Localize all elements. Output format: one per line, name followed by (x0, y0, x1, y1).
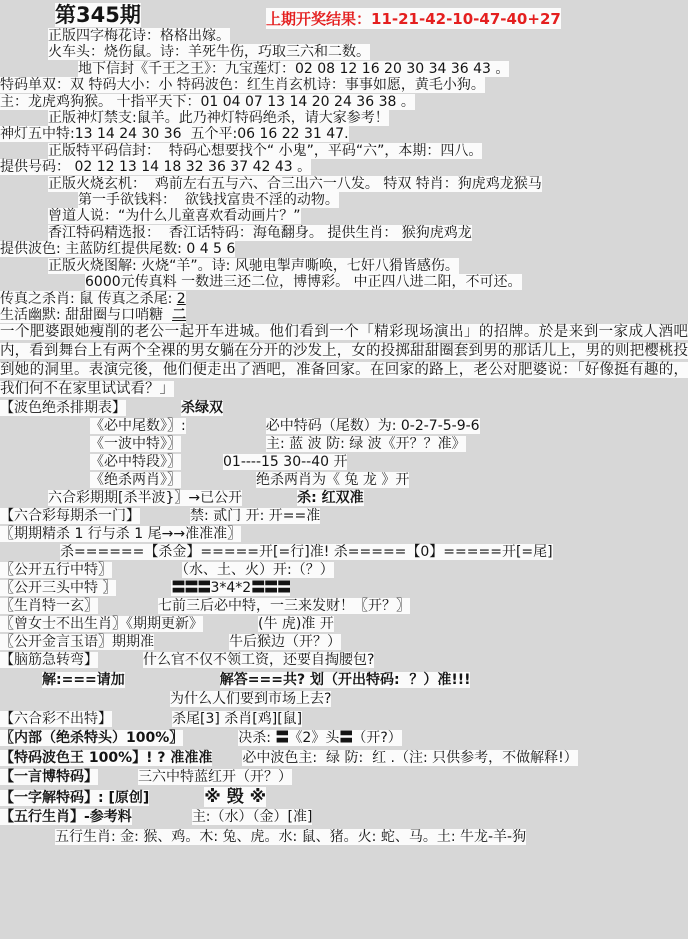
text-segment: 七前三后必中特，一三来发财！〖开？〗 (158, 598, 410, 614)
text-line: 〖生肖特一玄〗七前三后必中特，一三来发财！〖开？〗 (0, 597, 688, 615)
text-segment: 〖公开金言玉语〗期期准 (0, 634, 154, 650)
text-line: 正版四字梅花诗：格格出嫁。 (0, 28, 688, 44)
text-segment: 杀绿双 (181, 400, 223, 416)
text-line: 第一手欲钱料： 欲钱找富贵不淫的动物。 (0, 192, 688, 208)
text-segment: 提供号码： 02 12 13 14 18 32 36 37 42 43 。 (0, 159, 311, 175)
text-line: 〖期期精杀 1 行与杀 1 尾→→准准准〗 (0, 525, 688, 543)
text-segment: 杀======【杀金】=====开[=行]准! 杀=====【0】=====开[… (60, 544, 553, 560)
text-segment: 正版特平码信封： 特码心想要找个“ 小鬼”，平码“六”，本期：四八。 (48, 143, 482, 159)
text-segment: 主:（水）（金）[准] (192, 809, 313, 825)
last-draw-result: 上期开奖结果：11-21-42-10-47-40+27 (266, 8, 561, 29)
text-line: 五行生肖: 金: 猴、鸡。木: 兔、虎。水: 鼠、猪。火: 蛇、马。土: 牛龙-… (0, 828, 688, 848)
text-segment: 提供波色: 主蓝防红提供尾数: 0 4 5 6 (0, 241, 235, 257)
text-line: 提供号码： 02 12 13 14 18 32 36 37 42 43 。 (0, 159, 688, 175)
text-segment: 〓〓〓 (171, 580, 210, 596)
text-segment: 正版四字梅花诗：格格出嫁。 (48, 28, 230, 44)
text-segment: 杀尾[3] 杀肖[鸡][鼠] (172, 711, 302, 727)
text-segment: 传真之杀肖: 鼠 传真之杀尾: (0, 291, 177, 307)
text-line: 一个肥婆跟她瘦削的老公一起开车进城。他们看到一个「精彩现场演出」的招牌。於是来到… (0, 323, 688, 399)
text-segment: 〖公开五行中特〗 (0, 562, 112, 578)
text-segment: 【六合彩不出特】 (0, 711, 112, 727)
text-segment: 生活幽默: 甜甜圈与口哨糖 (0, 307, 172, 323)
text-line: 《一波中特》〗主: 蓝 波 防: 绿 波《开？？准》 (0, 435, 688, 453)
text-segment: 第345期 (55, 3, 141, 27)
text-segment: 〖内部（绝杀特头）100%〗 (0, 730, 183, 746)
text-segment: 解:===请加 (42, 672, 125, 688)
document-lines: 第345期正版四字梅花诗：格格出嫁。火车头：烧伤鼠。诗：羊死牛伤，巧取三六和二数… (0, 3, 688, 847)
text-segment: 〖生肖特一玄〗 (0, 598, 98, 614)
text-line: 传真之杀肖: 鼠 传真之杀尾: 2 (0, 291, 688, 307)
text-line: 〖公开三头中特 〗〓〓〓3*4*2〓〓〓 (0, 579, 688, 597)
text-line: 〖公开金言玉语〗期期准牛后猴边（开？） (0, 633, 688, 651)
text-line: 生活幽默: 甜甜圈与口哨糖 二 (0, 307, 688, 323)
text-line: 《必中尾数》〗:必中特码（尾数）为: 0-2-7-5-9-6 (0, 417, 688, 435)
text-segment: 香江特码精选报： 香江话特码：海龟翻身。 提供生肖： 猴狗虎鸡龙 (48, 225, 472, 241)
text-segment: 〓〓〓 (251, 580, 290, 596)
text-segment: 【脑筋急转弯】 (0, 652, 98, 668)
text-segment: 牛后猴边（开？） (229, 634, 341, 650)
text-segment: 【一言博特码】 (0, 769, 98, 785)
text-segment: 六合彩期期[杀半波}〗→已公开 (48, 490, 242, 506)
text-line: 主：龙虎鸡狗猴。 十指平天下：01 04 07 13 14 20 24 36 3… (0, 94, 688, 110)
text-segment: 《绝杀两肖》〗 (90, 472, 181, 488)
text-segment: 正版火烧图解: 火烧“羊”。诗: 风驰电掣声嘶唤，七奸八猾皆感伤。 (48, 258, 459, 274)
text-line: 香江特码精选报： 香江话特码：海龟翻身。 提供生肖： 猴狗虎鸡龙 (0, 225, 688, 241)
text-segment: 神灯五中特:13 14 24 30 36 五个平:06 16 22 31 47. (0, 126, 349, 142)
text-segment: 三六中特蓝红开（开？） (138, 769, 292, 785)
text-segment: 五行生肖: 金: 猴、鸡。木: 兔、虎。水: 鼠、猪。火: 蛇、马。土: 牛龙-… (55, 829, 526, 845)
text-segment: 正版火烧玄机： 鸡前左右五与六、合三出六一八发。 特双 特肖：狗虎鸡龙猴马 (48, 176, 542, 192)
text-segment: 二 (172, 307, 186, 323)
text-segment: 特码单双：双 特码大小：小 特码波色：红生肖玄机诗：事事如愿，黄毛小狗。 (0, 77, 485, 93)
text-line: 【一字解特码】: [原创]※ 毁 ※ (0, 788, 688, 809)
text-segment: （水、土、火）开:（？） (182, 562, 334, 578)
text-segment: 《2》头 (288, 730, 339, 746)
text-line: 〖曾女士不出生肖〗《期期更新》(牛 虎)准 开 (0, 615, 688, 633)
text-line: 正版特平码信封： 特码心想要找个“ 小鬼”，平码“六”，本期：四八。 (0, 143, 688, 159)
text-line: 杀======【杀金】=====开[=行]准! 杀=====【0】=====开[… (0, 543, 688, 561)
text-segment: 火车头：烧伤鼠。诗：羊死牛伤，巧取三六和二数。 (48, 44, 370, 60)
text-segment: 【五行生肖】-参考料 (0, 809, 132, 825)
text-segment: 绝杀两肖为《 兔 龙 》开 (256, 472, 409, 488)
text-segment: 什么官不仅不领工资，还要自掏腰包? (143, 652, 374, 668)
text-line: 正版火烧玄机： 鸡前左右五与六、合三出六一八发。 特双 特肖：狗虎鸡龙猴马 (0, 176, 688, 192)
text-segment: 3*4*2 (210, 580, 251, 596)
text-line: 六合彩期期[杀半波}〗→已公开杀: 红双准 (0, 489, 688, 507)
text-segment: 禁: 贰门 开: 开==准 (190, 508, 320, 524)
text-segment: 决杀: (238, 730, 275, 746)
text-line: 【脑筋急转弯】什么官不仅不领工资，还要自掏腰包? (0, 651, 688, 671)
text-line: 神灯五中特:13 14 24 30 36 五个平:06 16 22 31 47. (0, 126, 688, 142)
text-segment: 必中特码（尾数）为: 0-2-7-5-9-6 (266, 418, 480, 434)
text-line: 《必中特段》〗01----15 30--40 开 (0, 453, 688, 471)
text-line: 正版神灯禁支:鼠羊。此乃神灯特码绝杀，请大家参考！ (0, 110, 688, 126)
text-line: 【特码波色王 100%】! ? 准准准必中波色主: 绿 防: 红 .（注: 只供… (0, 749, 688, 769)
text-line: 【六合彩每期杀一门】禁: 贰门 开: 开==准 (0, 507, 688, 525)
text-line: 解:===请加解答===共? 划（开出特码: ？）准!!! (0, 671, 688, 691)
text-line: 【六合彩不出特】杀尾[3] 杀肖[鸡][鼠] (0, 710, 688, 730)
text-segment: 【波色绝杀排期表】 (0, 400, 126, 416)
text-segment: 【一字解特码】: [原创] (0, 790, 149, 806)
text-segment: 必中波色主: 绿 防: 红 .（注: 只供参考，不做解释!） (242, 750, 577, 766)
text-segment: （开?） (352, 730, 401, 746)
text-segment: ※ 毁 ※ (204, 787, 266, 807)
text-line: 【一言博特码】三六中特蓝红开（开？） (0, 768, 688, 788)
text-line: 〖公开五行中特〗（水、土、火）开:（？） (0, 561, 688, 579)
text-line: 为什么人们要到市场上去? (0, 690, 688, 710)
text-segment: 主：龙虎鸡狗猴。 十指平天下：01 04 07 13 14 20 24 36 3… (0, 94, 415, 110)
text-segment: 2 (177, 291, 186, 307)
text-segment: (牛 虎)准 开 (258, 616, 334, 632)
text-segment: 《必中尾数》〗: (90, 418, 186, 434)
text-segment: 曾道人说：“为什么儿童喜欢看动画片？” (48, 208, 301, 224)
text-segment: 〖公开三头中特 〗 (0, 580, 116, 596)
text-line: 曾道人说：“为什么儿童喜欢看动画片？” (0, 208, 688, 224)
text-segment: 〓 (339, 730, 352, 746)
text-segment: 《一波中特》〗 (90, 436, 181, 452)
text-segment: 一个肥婆跟她瘦削的老公一起开车进城。他们看到一个「精彩现场演出」的招牌。於是来到… (0, 324, 688, 397)
text-segment: 正版神灯禁支:鼠羊。此乃神灯特码绝杀，请大家参考！ (48, 110, 389, 126)
text-line: 特码单双：双 特码大小：小 特码波色：红生肖玄机诗：事事如愿，黄毛小狗。 (0, 77, 688, 93)
text-line: 正版火烧图解: 火烧“羊”。诗: 风驰电掣声嘶唤，七奸八猾皆感伤。 (0, 258, 688, 274)
text-segment: 为什么人们要到市场上去? (170, 691, 331, 707)
text-line: 地下信封《千王之王》：九宝莲灯：02 08 12 16 20 30 34 36 … (0, 61, 688, 77)
lottery-tip-sheet: 上期开奖结果：11-21-42-10-47-40+27 第345期正版四字梅花诗… (0, 0, 688, 847)
text-segment: 解答===共? 划（开出特码: ？）准!!! (220, 672, 471, 688)
text-segment: 第一手欲钱料： 欲钱找富贵不淫的动物。 (78, 192, 339, 208)
text-segment: 《必中特段》〗 (90, 454, 181, 470)
text-segment: 地下信封《千王之王》：九宝莲灯：02 08 12 16 20 30 34 36 … (78, 61, 509, 77)
text-segment: 【六合彩每期杀一门】 (0, 508, 140, 524)
text-segment: 〓 (275, 730, 288, 746)
text-line: 火车头：烧伤鼠。诗：羊死牛伤，巧取三六和二数。 (0, 44, 688, 60)
text-segment: 〖期期精杀 1 行与杀 1 尾→→准准准〗 (0, 526, 241, 542)
text-line: 6000元传真料 一数进三还二位，博博彩。 中正四八进二阳，不可还。 (0, 274, 688, 290)
text-segment: 主: 蓝 波 防: 绿 波《开？？准》 (266, 436, 466, 452)
text-line: 〖内部（绝杀特头）100%〗决杀: 〓《2》头〓（开?） (0, 729, 688, 749)
text-segment: 杀: 红双准 (297, 490, 363, 506)
text-line: 【波色绝杀排期表】杀绿双 (0, 399, 688, 417)
text-segment: 01----15 30--40 开 (223, 454, 347, 470)
text-line: 提供波色: 主蓝防红提供尾数: 0 4 5 6 (0, 241, 688, 257)
text-line: 《绝杀两肖》〗绝杀两肖为《 兔 龙 》开 (0, 471, 688, 489)
text-segment: 〖曾女士不出生肖〗《期期更新》 (0, 616, 203, 632)
text-segment: 6000元传真料 一数进三还二位，博博彩。 中正四八进二阳，不可还。 (85, 274, 522, 290)
text-line: 【五行生肖】-参考料主:（水）（金）[准] (0, 808, 688, 828)
text-segment: 【特码波色王 100%】! ? 准准准 (0, 750, 212, 766)
